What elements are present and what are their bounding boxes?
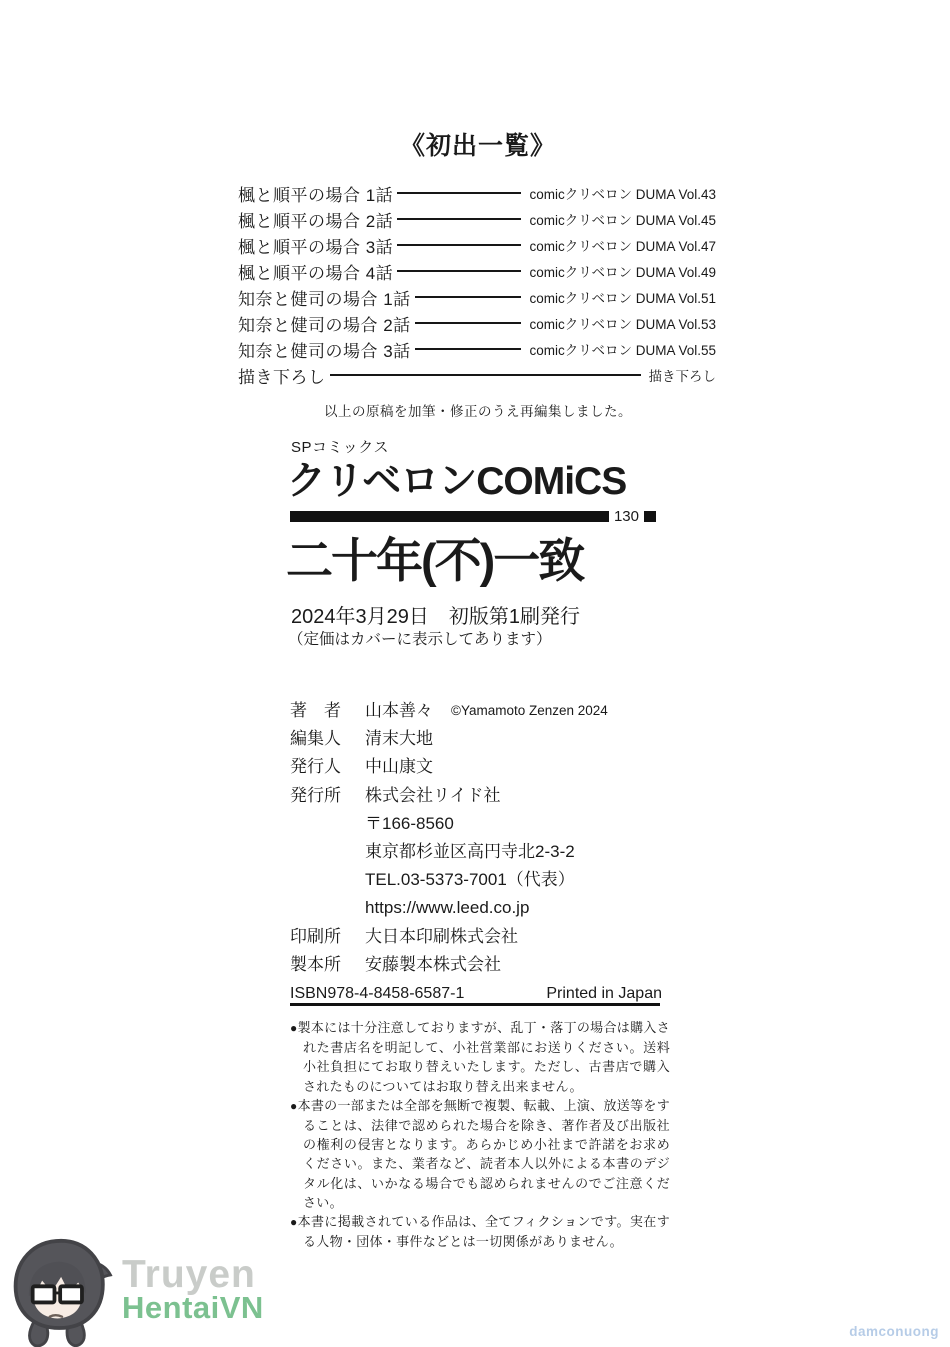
author-name: 山本善々 xyxy=(365,697,433,725)
bullet-icon: ● xyxy=(290,1099,298,1113)
chapter-title: 描き下ろし xyxy=(238,363,326,388)
corner-watermark: damconuong xyxy=(849,1324,939,1339)
legal-note: ●製本には十分注意しておりますが、乱丁・落丁の場合は購入された書店名を明記して、… xyxy=(290,1018,670,1096)
author-row: 著 者 山本善々 ©Yamamoto Zenzen 2024 xyxy=(290,697,662,725)
address-row: 東京都杉並区高円寺北2-3-2 xyxy=(290,838,662,866)
leader-line xyxy=(415,296,522,298)
issuer-label: 発行人 xyxy=(290,753,343,781)
publication-row: 楓と順平の場合 2話 comicクリベロン DUMA Vol.45 xyxy=(238,206,716,232)
postal-code-row: 〒166-8560 xyxy=(290,810,662,838)
issuer-name: 中山康文 xyxy=(365,753,433,781)
divider-rule xyxy=(290,1003,660,1006)
publication-source: comicクリベロン DUMA Vol.49 xyxy=(529,261,716,281)
leader-line xyxy=(415,322,522,324)
first-publication-heading: 《初出一覧》 xyxy=(238,126,718,162)
leader-line xyxy=(397,192,521,194)
chapter-title: 楓と順平の場合 2話 xyxy=(238,207,393,232)
legal-note-text: 本書の一部または全部を無断で複製、転載、上演、放送等をすることは、法律で認められ… xyxy=(298,1098,670,1210)
reedit-note: 以上の原稿を加筆・修正のうえ再編集しました。 xyxy=(238,400,718,420)
first-publication-list: 楓と順平の場合 1話 comicクリベロン DUMA Vol.43 楓と順平の場… xyxy=(238,180,716,388)
publication-row: 楓と順平の場合 1話 comicクリベロン DUMA Vol.43 xyxy=(238,180,716,206)
editor-name: 清末大地 xyxy=(365,725,433,753)
publication-row: 楓と順平の場合 3話 comicクリベロン DUMA Vol.47 xyxy=(238,232,716,258)
publication-row: 知奈と健司の場合 2話 comicクリベロン DUMA Vol.53 xyxy=(238,310,716,336)
leader-line xyxy=(397,218,521,220)
publication-source: 描き下ろし xyxy=(649,365,717,385)
publisher-row: 発行所 株式会社リイド社 xyxy=(290,782,662,810)
binder-name: 安藤製本株式会社 xyxy=(365,951,501,979)
chapter-title: 知奈と健司の場合 1話 xyxy=(238,285,411,310)
label-spacer xyxy=(290,810,343,838)
publication-source: comicクリベロン DUMA Vol.45 xyxy=(529,209,716,229)
binder-row: 製本所 安藤製本株式会社 xyxy=(290,951,662,979)
publication-row: 知奈と健司の場合 1話 comicクリベロン DUMA Vol.51 xyxy=(238,284,716,310)
bullet-icon: ● xyxy=(290,1021,298,1035)
chapter-title: 知奈と健司の場合 3話 xyxy=(238,337,411,362)
postal-code: 〒166-8560 xyxy=(365,810,454,838)
publisher-url: https://www.leed.co.jp xyxy=(365,894,529,922)
editor-row: 編集人 清末大地 xyxy=(290,725,662,753)
publication-row: 楓と順平の場合 4話 comicクリベロン DUMA Vol.49 xyxy=(238,258,716,284)
black-bar xyxy=(290,511,609,522)
series-logo: クリベロンCOMiCS xyxy=(287,450,626,506)
book-title: 二十年(不)一致 xyxy=(286,524,583,591)
legal-note-text: 本書に掲載されている作品は、全てフィクションです。実在する人物・団体・事件などと… xyxy=(298,1214,670,1249)
mascot-girl-icon xyxy=(6,1237,120,1347)
binder-label: 製本所 xyxy=(290,951,343,979)
printer-name: 大日本印刷株式会社 xyxy=(365,923,518,951)
colophon-page: 《初出一覧》 楓と順平の場合 1話 comicクリベロン DUMA Vol.43… xyxy=(0,0,950,1347)
colophon-credits: 著 者 山本善々 ©Yamamoto Zenzen 2024 編集人 清末大地 … xyxy=(290,697,662,1008)
publisher-name: 株式会社リイド社 xyxy=(365,782,501,810)
site-watermark: Truyen HentaiVN xyxy=(6,1237,264,1347)
label-spacer xyxy=(290,838,343,866)
label-spacer xyxy=(290,866,343,894)
chapter-title: 楓と順平の場合 1話 xyxy=(238,181,393,206)
printer-row: 印刷所 大日本印刷株式会社 xyxy=(290,923,662,951)
url-row: https://www.leed.co.jp xyxy=(290,894,662,922)
publication-source: comicクリベロン DUMA Vol.47 xyxy=(529,235,716,255)
site-name: Truyen HentaiVN xyxy=(122,1237,264,1347)
author-label: 著 者 xyxy=(290,697,343,725)
publisher-tel: TEL.03-5373-7001（代表） xyxy=(365,866,575,894)
publication-source: comicクリベロン DUMA Vol.53 xyxy=(529,313,716,333)
publication-source: comicクリベロン DUMA Vol.55 xyxy=(529,339,716,359)
site-name-line1: Truyen xyxy=(122,1257,264,1293)
black-square xyxy=(644,511,656,522)
publication-source: comicクリベロン DUMA Vol.51 xyxy=(529,287,716,307)
bullet-icon: ● xyxy=(290,1215,298,1229)
label-spacer xyxy=(290,894,343,922)
leader-line xyxy=(330,374,641,376)
publication-source: comicクリベロン DUMA Vol.43 xyxy=(529,183,716,203)
leader-line xyxy=(397,244,521,246)
copyright-notice: ©Yamamoto Zenzen 2024 xyxy=(451,697,608,725)
leader-line xyxy=(397,270,521,272)
chapter-title: 楓と順平の場合 4話 xyxy=(238,259,393,284)
leader-line xyxy=(415,348,522,350)
issuer-row: 発行人 中山康文 xyxy=(290,753,662,781)
editor-label: 編集人 xyxy=(290,725,343,753)
chapter-title: 楓と順平の場合 3話 xyxy=(238,233,393,258)
publisher-address: 東京都杉並区高円寺北2-3-2 xyxy=(365,838,575,866)
series-number-bar: 130 xyxy=(290,508,656,525)
legal-note: ●本書に掲載されている作品は、全てフィクションです。実在する人物・団体・事件など… xyxy=(290,1212,670,1251)
price-note: （定価はカバーに表示してあります） xyxy=(288,627,552,649)
tel-row: TEL.03-5373-7001（代表） xyxy=(290,866,662,894)
publication-row: 描き下ろし 描き下ろし xyxy=(238,362,716,388)
series-number: 130 xyxy=(614,508,639,525)
publication-row: 知奈と健司の場合 3話 comicクリベロン DUMA Vol.55 xyxy=(238,336,716,362)
site-name-line2: HentaiVN xyxy=(122,1293,264,1322)
publisher-label: 発行所 xyxy=(290,782,343,810)
legal-note: ●本書の一部または全部を無断で複製、転載、上演、放送等をすることは、法律で認めら… xyxy=(290,1096,670,1212)
legal-note-text: 製本には十分注意しておりますが、乱丁・落丁の場合は購入された書店名を明記して、小… xyxy=(298,1020,670,1094)
legal-notes: ●製本には十分注意しておりますが、乱丁・落丁の場合は購入された書店名を明記して、… xyxy=(290,1018,670,1251)
chapter-title: 知奈と健司の場合 2話 xyxy=(238,311,411,336)
print-date: 2024年3月29日 初版第1刷発行 xyxy=(291,600,580,629)
printer-label: 印刷所 xyxy=(290,923,343,951)
